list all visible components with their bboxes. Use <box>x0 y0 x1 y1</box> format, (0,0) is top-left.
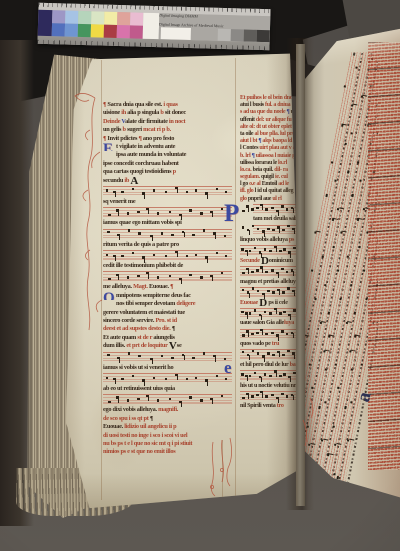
text-segment: alte ol: dt ut obter eplet v ad <box>240 124 302 130</box>
neume-note <box>350 284 352 287</box>
neume-note <box>351 132 353 135</box>
neume-note <box>247 229 250 231</box>
text-segment: Et aute quam <box>103 334 137 341</box>
neume-note <box>216 252 219 254</box>
neume-note <box>311 476 313 479</box>
neume-note <box>267 352 270 354</box>
neume-note <box>276 210 279 212</box>
neume-note <box>309 443 311 446</box>
neume-note <box>182 231 185 233</box>
neume-note <box>341 124 343 127</box>
neume-note <box>260 266 263 268</box>
text-line: Omnipotens sempiterne deus fac <box>103 292 234 300</box>
neume-note <box>272 291 275 293</box>
neume-note <box>132 252 135 254</box>
neume-note <box>337 387 339 390</box>
neume-note <box>267 290 270 292</box>
text-line: ritum verita de quis a patre pro <box>103 241 234 249</box>
neume-note <box>269 375 272 377</box>
neume-note <box>200 212 203 214</box>
neume-note <box>189 209 192 211</box>
ruler-white-patch <box>161 27 191 40</box>
text-segment: ipse concedit corchruau habent <box>103 160 179 167</box>
neume-note <box>324 401 326 404</box>
neume-note <box>334 364 336 367</box>
music-stave: P <box>240 203 302 216</box>
text-line: uisione ih alia p singula b sit donec <box>103 109 234 117</box>
neume-note <box>205 256 208 258</box>
text-column-2: Et puihos le ol bein dnoeatui l busis fu… <box>240 95 302 411</box>
color-patch <box>91 11 104 24</box>
text-segment: di uosi testi no inge i sco i scoi vi ue… <box>103 432 187 439</box>
text-segment: ano pro festo <box>143 135 174 142</box>
neume-note <box>265 271 268 273</box>
neume-note <box>251 271 254 273</box>
neume-note <box>254 309 257 311</box>
text-line: ¶ Invit pdictes ¶ ano pro festo <box>103 135 234 143</box>
neume-note <box>345 406 347 409</box>
neume-note <box>354 335 356 338</box>
neume-note <box>325 368 327 371</box>
neume-note <box>252 350 255 352</box>
neume-note <box>333 473 335 476</box>
neume-note <box>113 191 116 193</box>
neume-note <box>210 275 213 277</box>
neume-note <box>334 180 336 183</box>
neume-note <box>247 291 250 293</box>
neume-note <box>287 287 290 289</box>
neume-note <box>186 378 189 380</box>
neume-note <box>351 368 353 371</box>
text-segment: Magt. <box>133 283 149 290</box>
neume-note <box>307 425 309 428</box>
color-patch-pair <box>91 11 105 37</box>
neume-note <box>252 287 255 289</box>
neume-note <box>337 476 339 479</box>
text-segment: st de r <box>137 334 153 341</box>
music-stave <box>240 265 302 278</box>
neume-note <box>260 329 263 331</box>
neume-note <box>242 289 245 291</box>
neume-note <box>246 268 249 270</box>
neume-note <box>153 189 156 191</box>
text-segment: ritum verita de quis a patre pro <box>103 241 179 248</box>
neume-note <box>265 208 268 210</box>
text-segment: iamus quae ego mittam vobis spi <box>103 219 182 226</box>
neume-note <box>328 335 330 338</box>
text-segment: ps <box>289 237 294 243</box>
neume-note <box>138 355 141 357</box>
neume-note <box>337 270 339 273</box>
neume-note <box>251 395 254 397</box>
text-column-1: ¶ Sacra dnia qua sile est. i quasuisione… <box>103 101 234 457</box>
neume-note <box>179 214 182 216</box>
neume-note <box>251 208 254 210</box>
neume-note <box>186 191 189 193</box>
text-line: nil Spirili venta tro <box>240 402 302 410</box>
neume-note <box>252 225 255 227</box>
neume-note <box>283 311 286 313</box>
music-stave <box>240 328 302 341</box>
neume-note <box>327 453 329 456</box>
neume-note <box>287 225 290 227</box>
neume-note <box>272 354 275 356</box>
color-patch <box>117 12 130 25</box>
text-segment: lo.ca. <box>240 167 253 173</box>
neume-note <box>132 375 135 377</box>
ruler-label-section: Digital Imaging DIAMM Digital Image Arch… <box>159 13 271 42</box>
ruler-gray-steps <box>218 29 270 42</box>
text-line: nu bs ps t e l que no sic mt q i pi stiu… <box>103 440 234 448</box>
neume-note <box>121 378 124 380</box>
neume-note <box>267 228 270 230</box>
text-segment: lidizio uil angelicu ii p <box>124 423 176 430</box>
neume-note <box>307 473 309 476</box>
music-stave <box>240 224 302 237</box>
neume-note <box>127 399 130 401</box>
spine-shadow <box>0 40 34 526</box>
text-segment: del: ur alique fu al. <box>256 117 298 123</box>
neume-note <box>225 378 228 380</box>
text-segment: cedit ille testimonium phibebit de <box>103 262 183 269</box>
neume-note <box>286 395 289 397</box>
text-line: b. lrl ¶ uilassoa l nuiaie g <box>240 153 302 160</box>
neume-note <box>116 396 119 398</box>
neume-note <box>169 275 172 277</box>
neume-note <box>128 352 131 354</box>
neume-note <box>351 194 353 197</box>
text-line: gerere voluntatem et maiestati tue <box>103 309 234 317</box>
neume-note <box>274 246 277 248</box>
neume-note <box>117 357 120 359</box>
color-patch <box>52 10 65 23</box>
color-calibration-ruler: Digital Imaging DIAMM Digital Image Arch… <box>37 3 270 50</box>
text-segment: his ut u noctie velutiu nr <box>240 383 296 389</box>
neume-note <box>282 229 285 231</box>
text-segment: al bue plla. lul prol <box>254 131 296 137</box>
neume-note <box>262 230 265 232</box>
neume-note <box>249 312 252 314</box>
manuscript-photograph: ¶ Sacra dnia qua sile est. i quasuisione… <box>0 0 400 551</box>
neume-note <box>175 251 178 253</box>
music-stave <box>103 185 234 198</box>
neume-note <box>281 205 284 207</box>
text-line: ipse concedit corchruau habent <box>103 160 234 168</box>
color-patch-pair <box>104 12 118 38</box>
text-line: segulam. quigil ie. cul <box>240 174 302 181</box>
neume-note <box>127 212 130 214</box>
color-patch-navy <box>38 10 53 36</box>
music-stave <box>103 249 234 262</box>
neume-note <box>249 375 252 377</box>
neume-note <box>264 373 267 375</box>
neume-note <box>361 95 363 98</box>
neume-note <box>344 85 346 88</box>
text-line: uaue salon Gia alleluya <box>240 319 302 327</box>
neume-note <box>348 350 350 353</box>
music-stave <box>103 372 234 385</box>
neume-note <box>138 232 141 234</box>
neume-note <box>257 228 260 230</box>
neume-note <box>175 187 178 189</box>
neume-note <box>242 272 245 274</box>
neume-note <box>117 234 120 236</box>
text-segment: i quas <box>163 101 177 108</box>
text-line: glo pnpril aue ul rl <box>240 196 302 203</box>
neume-note <box>271 394 274 396</box>
text-segment: Euouae <box>240 300 259 306</box>
neume-note <box>256 332 259 334</box>
neume-note <box>213 232 216 234</box>
music-stave <box>103 228 234 241</box>
neume-note <box>271 207 274 209</box>
text-line: alte ol: dt ut obter eplet v ad <box>240 124 302 131</box>
text-segment: magnu et pretias alleluya <box>240 279 298 285</box>
neume-note <box>256 394 259 396</box>
neume-note <box>277 351 280 353</box>
text-line: sq venerit me <box>103 198 234 206</box>
text-line: eet hil pero diul de lur ba <box>240 361 302 369</box>
text-segment: Et puihos le ol bein dnoe <box>240 95 295 101</box>
neume-note <box>262 293 265 295</box>
neume-note <box>108 401 111 403</box>
text-segment: ful. a dniua <box>265 102 290 108</box>
text-segment: Secunde <box>240 258 261 264</box>
text-segment: quigil <box>261 174 275 180</box>
text-segment: deest et ad supstes desto die. <box>103 325 172 332</box>
angled-stave-area <box>296 52 378 484</box>
text-line: l Contes uirt plau aut v a. <box>240 145 302 152</box>
text-line: ifl. glo l id ul quitat alleg <box>240 188 302 195</box>
neume-note <box>169 211 172 213</box>
neume-note <box>331 161 333 164</box>
neume-note <box>314 298 316 301</box>
neume-note <box>210 211 213 213</box>
color-patch <box>117 25 130 38</box>
music-stave <box>103 270 234 283</box>
rubric-black-interlines <box>368 42 400 470</box>
neume-note <box>286 333 289 335</box>
neume-note <box>165 191 168 193</box>
neume-note <box>216 375 219 377</box>
text-segment: gerere voluntatem et maiestati tue <box>103 309 185 316</box>
neume-note <box>279 250 282 252</box>
text-line: ipsa aute munda in voluntate <box>103 151 234 159</box>
text-line: sincero corde servire. Pro. st id <box>103 317 234 325</box>
neume-note <box>182 354 185 356</box>
neume-note <box>213 355 216 357</box>
neume-note <box>161 355 164 357</box>
neume-note <box>292 228 295 230</box>
text-segment: Euouae. <box>149 283 170 290</box>
color-patch-pair <box>130 12 144 38</box>
neume-note <box>200 276 203 278</box>
neume-note <box>216 188 219 190</box>
neume-note <box>132 188 135 190</box>
text-segment: Emtoil <box>262 181 279 187</box>
neume-note <box>288 314 291 316</box>
neume-note <box>121 255 124 257</box>
music-stave <box>103 206 234 219</box>
neume-note <box>256 207 259 209</box>
neume-note <box>269 250 272 252</box>
neume-note <box>287 350 290 352</box>
ruler-gray-patch <box>257 30 270 42</box>
neume-note <box>265 395 268 397</box>
neume-note <box>150 358 153 360</box>
neume-note <box>282 291 285 293</box>
neume-note <box>269 312 272 314</box>
text-segment: nil Spirili venta <box>240 403 277 409</box>
tall-initial: V <box>169 342 177 350</box>
neume-note <box>291 269 294 271</box>
text-line: Secunde Dominicum <box>240 257 302 265</box>
text-line: lo.ca. beia quil. dil- ra <box>240 167 302 174</box>
neume-note <box>271 332 274 334</box>
text-segment: segulam. <box>240 174 261 180</box>
neume-note <box>116 209 119 211</box>
neume-note <box>274 308 277 310</box>
neume-note <box>264 311 267 313</box>
neume-note <box>186 255 189 257</box>
color-patch <box>104 12 117 25</box>
music-stave <box>103 393 234 406</box>
neume-note <box>195 377 198 379</box>
neume-note <box>347 171 349 174</box>
neume-note <box>355 66 357 69</box>
neume-note <box>108 278 111 280</box>
neume-note <box>210 398 213 400</box>
neume-note <box>165 378 168 380</box>
text-segment: ps ii cele <box>267 300 287 306</box>
text-line: de sco spu i ss qt pt ¶ <box>103 415 234 423</box>
neume-note <box>247 354 250 356</box>
neume-note <box>175 374 178 376</box>
text-segment: sugeri <box>127 126 143 133</box>
text-line: dum illis. et prt de loquitur Vse <box>103 342 234 350</box>
text-line: Deinde Valate dir firmitate in noct <box>103 118 234 126</box>
text-segment: qua cartas quogi testioidiens <box>103 168 173 175</box>
neume-note <box>320 481 322 484</box>
neume-note <box>195 254 198 256</box>
color-patch-pair <box>52 10 66 36</box>
neume-note <box>221 272 224 274</box>
ruler-gray-patch <box>244 30 257 42</box>
neume-note <box>246 393 249 395</box>
neume-note <box>283 248 286 250</box>
text-segment: de sco spu i ss qt pt <box>103 415 150 422</box>
neume-note <box>137 275 140 277</box>
music-stave <box>103 351 234 364</box>
neume-note <box>205 192 208 194</box>
neume-note <box>260 391 263 393</box>
music-stave <box>240 307 302 320</box>
neume-note <box>335 443 337 446</box>
neume-note <box>157 212 160 214</box>
neume-note <box>106 377 109 379</box>
neume-note <box>357 218 359 221</box>
text-segment: alia p singula <box>127 109 160 116</box>
text-segment: uaue salon Gia alle <box>240 320 284 326</box>
neume-note <box>245 250 248 252</box>
ruler-gray-patch <box>231 29 244 41</box>
tall-initial: A <box>130 177 138 185</box>
text-segment: pnpril aue <box>248 196 272 202</box>
neume-note <box>242 226 245 228</box>
text-segment: ¶ <box>172 325 175 332</box>
text-segment: uisione <box>103 109 121 116</box>
neume-note <box>169 398 172 400</box>
neume-note <box>314 231 316 234</box>
text-line: iamus si vobis ut si venerit ho <box>103 364 234 372</box>
neume-note <box>333 246 335 249</box>
text-segment: Pro. st id <box>155 317 176 324</box>
neume-note <box>259 314 262 316</box>
neume-note <box>265 333 268 335</box>
neume-note <box>292 290 295 292</box>
text-segment: ifl. glo <box>240 188 255 194</box>
neume-note <box>242 351 245 353</box>
neume-note <box>254 372 257 374</box>
text-line: his ut u noctie velutiu nr <box>240 382 302 390</box>
neume-note <box>256 269 259 271</box>
text-segment: ¶ <box>170 283 173 290</box>
neume-note <box>241 373 244 375</box>
neume-note <box>107 231 110 233</box>
left-page: ¶ Sacra dnia qua sile est. i quasuisione… <box>60 50 306 510</box>
color-patch <box>130 25 143 38</box>
text-line: aiut l bt ¶ alqs baopa ld u e <box>240 138 302 145</box>
neume-note <box>153 377 156 379</box>
text-line: Et vigilate in adventu ante <box>103 143 234 151</box>
neume-note <box>192 357 195 359</box>
text-line: ab eo ut retinuissent uius quia <box>103 385 234 393</box>
color-patch <box>91 24 104 37</box>
neume-note <box>146 272 149 274</box>
neume-note <box>272 229 275 231</box>
text-segment: Deinde <box>103 118 121 125</box>
neume-note <box>245 312 248 314</box>
neume-note <box>360 364 362 367</box>
text-segment: ego dixi vobis alleluya. <box>103 406 158 413</box>
neume-note <box>332 425 334 428</box>
neume-note <box>321 439 323 442</box>
text-segment: et hil pero diul de lur <box>240 362 290 368</box>
neume-note <box>150 235 153 237</box>
text-line: qua cartas quogi testioidiens p <box>103 168 234 176</box>
text-segment: ba <box>290 362 296 368</box>
text-segment: me alleluya. <box>103 283 133 290</box>
neume-note <box>274 370 277 372</box>
color-patch <box>78 11 91 24</box>
neume-note <box>260 204 263 206</box>
text-segment: alate dir firmitate <box>125 118 169 125</box>
neume-note <box>161 232 164 234</box>
neume-note <box>353 53 355 56</box>
text-line: di uosi testi no inge i sco i scoi vi ue… <box>103 432 234 440</box>
text-segment: tro <box>277 403 284 409</box>
text-segment: uffenit <box>240 117 256 123</box>
text-segment: sincero corde servire. <box>103 317 155 324</box>
neume-note <box>121 191 124 193</box>
text-line: me alleluya. Magt. Euouae. ¶ <box>103 283 234 291</box>
text-line: ego dixi vobis alleluya. magnifi. <box>103 406 234 414</box>
text-line: secundu ib A <box>103 177 234 185</box>
text-segment: mnipotens sempiterne deus fac <box>116 292 191 299</box>
color-patch-pair <box>78 11 92 37</box>
text-segment: ta oile <box>240 131 254 137</box>
text-segment: lo.rl <box>278 160 287 166</box>
